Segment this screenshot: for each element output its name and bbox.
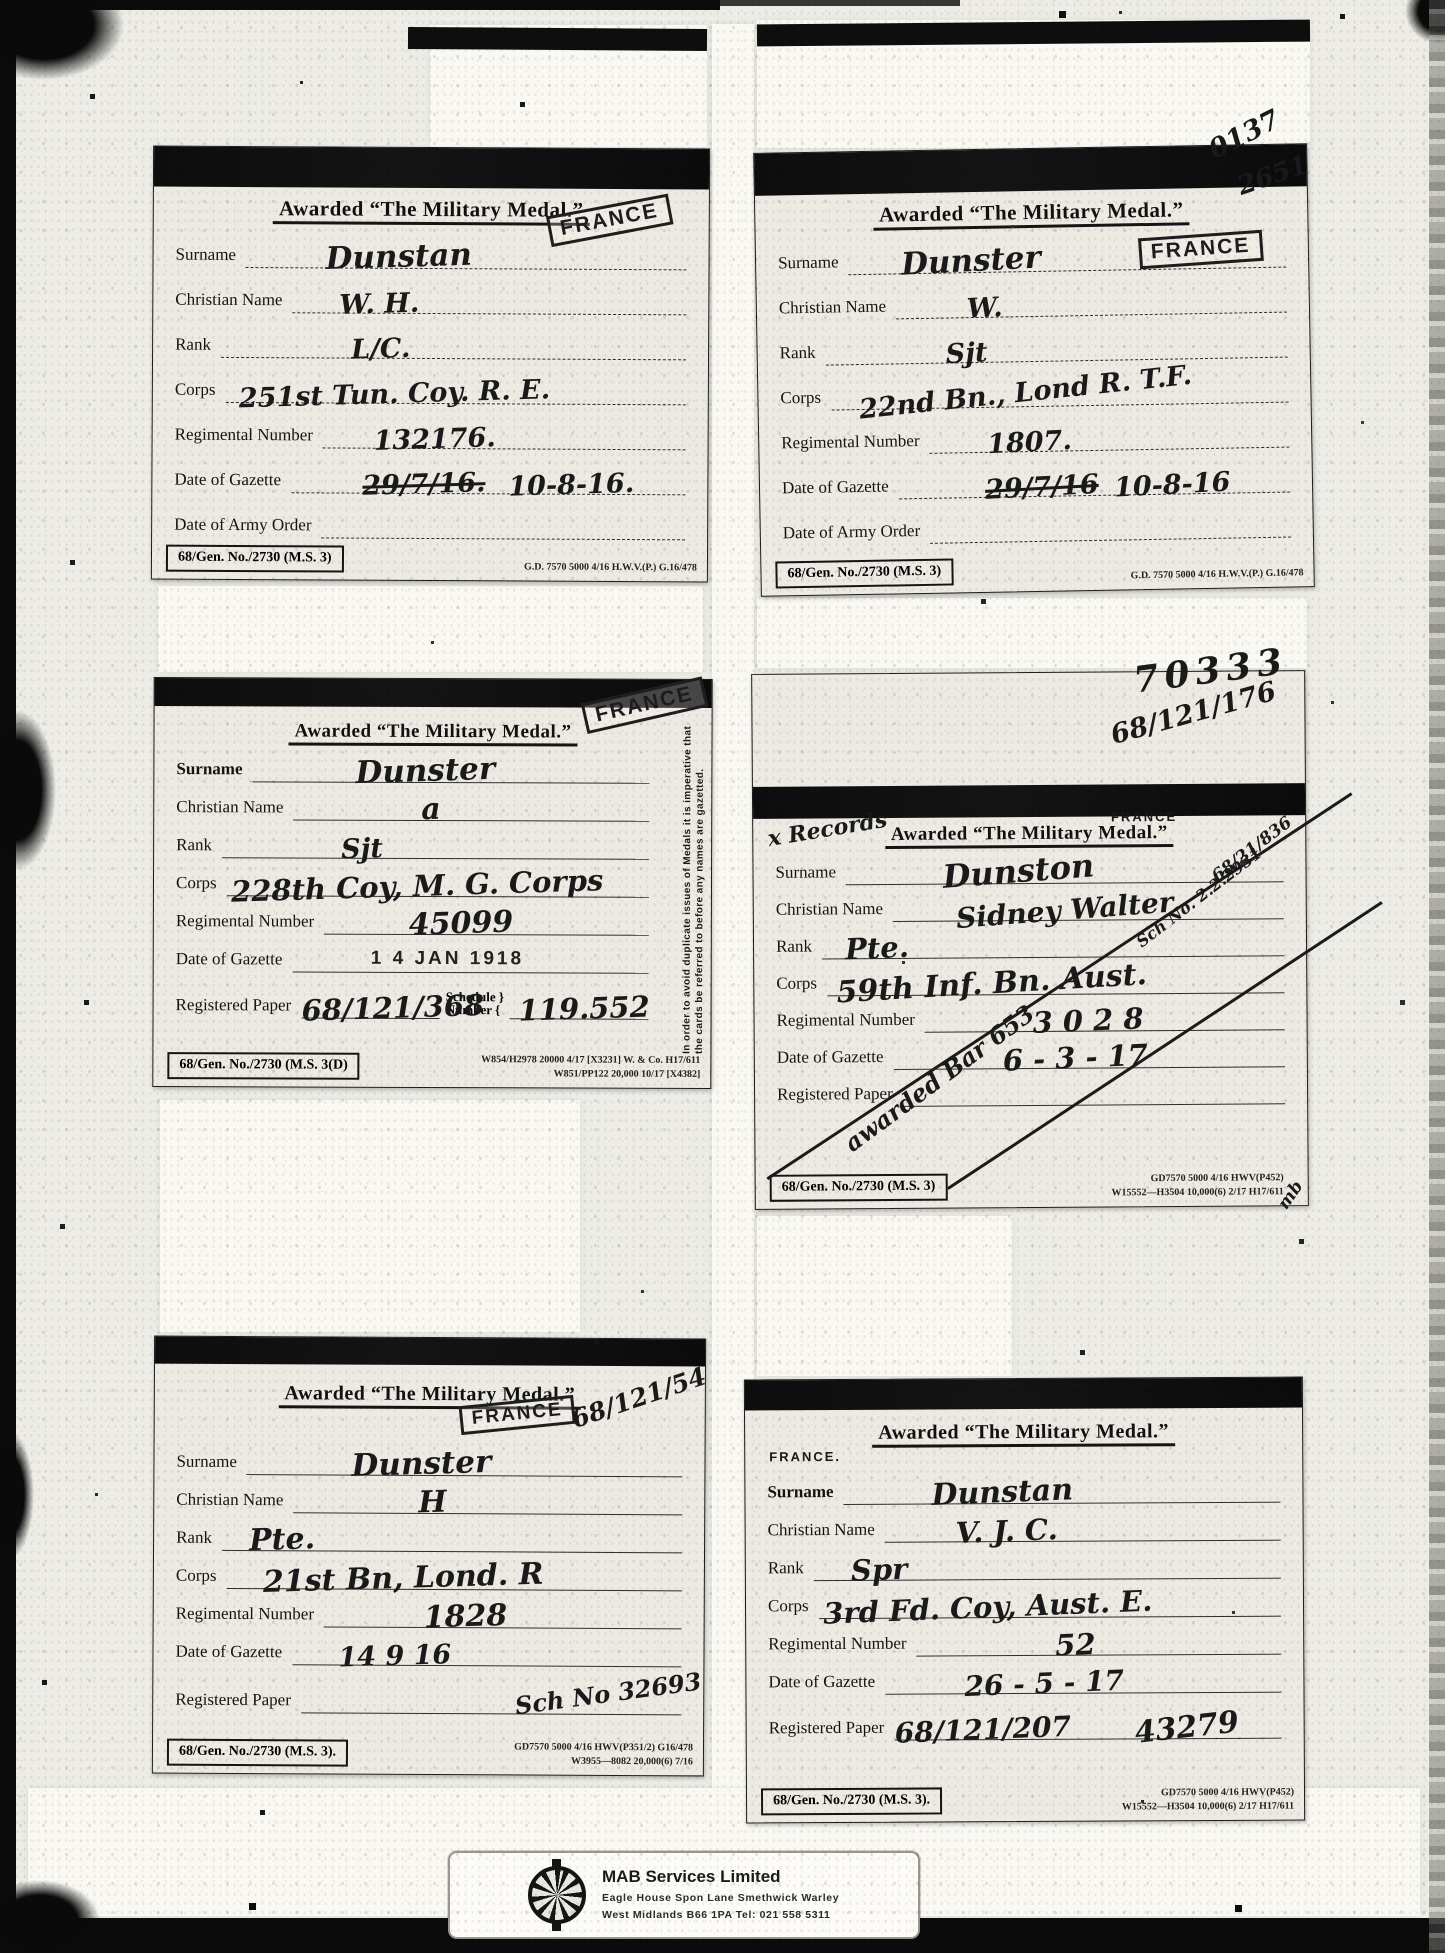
field-registered-paper: Registered Paper 68/121/368 Schedule } N… [158,972,667,1020]
card-title-row: x Records FRANCE Awarded “The Military M… [753,821,1305,847]
field-label: Regimental Number [776,1010,924,1034]
field-rank: Rank Pte. [158,1513,700,1554]
field-date-of-army-order: Date of Army Order [764,492,1309,546]
date-stamp: 1 4 JAN 1918 [371,948,524,971]
field-christian-name: Christian Name V. J. C. [750,1503,1299,1544]
card-form-number: 68/Gen. No./2730 (M.S. 3). [167,1739,348,1767]
scan-blot-left-low [0,1430,34,1560]
duplicate-issue-warning-note: In order to avoid duplicate issues of Me… [681,724,707,1054]
schedule-number-value: 119.552 [518,989,650,1027]
card-footer: 68/Gen. No./2730 (M.S. 3). GD7570 5000 4… [167,1739,693,1769]
card-print-code: GD7570 5000 4/16 HWV(P452) W15552—H3504 … [1122,1786,1294,1814]
card-top-bar [154,147,709,190]
field-value: 68/121/207 [894,1710,1071,1750]
field-corps: Corps 21st Bn, Lond. R [158,1551,700,1592]
handwritten-number: 43279 [1133,1705,1241,1751]
field-label: Regimental Number [768,1634,916,1658]
field-label: Date of Gazette [768,1672,885,1696]
handwritten-schedule-number: Sch No 32693 [513,1667,703,1721]
field-label: Christian Name [176,797,293,820]
field-label: Surname [176,245,247,268]
field-surname: Surname Dunstan [749,1465,1298,1506]
medal-card-dunstan-wh: Awarded “The Military Medal.” FRANCE Sur… [151,146,710,583]
field-christian-name: Christian Name a [158,782,667,822]
france-stamp: FRANCE [1111,809,1177,824]
field-label: Rank [776,936,822,959]
mab-label-text: MAB Services Limited Eagle House Spon La… [602,1867,839,1923]
mounting-strip-row2-right [757,1216,1012,1376]
field-value: 68/121/368 [301,988,485,1028]
medal-card-dunster-w: 0137 2651 Awarded “The Military Medal.” … [753,143,1315,597]
mab-company-name: MAB Services Limited [602,1867,839,1887]
card-form-number: 68/Gen. No./2730 (M.S. 3) [166,545,344,573]
field-label: Rank [176,1528,222,1551]
field-label: Regimental Number [176,911,324,935]
card-footer: 68/Gen. No./2730 (M.S. 3) GD7570 5000 4/… [770,1171,1284,1202]
field-label: Christian Name [776,899,893,923]
card-title: Awarded “The Military Medal.” [745,1420,1302,1446]
field-label: Surname [778,252,849,276]
field-label: Regimental Number [175,425,323,449]
field-regimental-number: Regimental Number 45099 [158,896,667,936]
field-label: Corps [176,873,227,896]
card-form-number: 68/Gen. No./2730 (M.S. 3(D) [167,1052,359,1080]
card-footer: 68/Gen. No./2730 (M.S. 3) G.D. 7570 5000… [166,545,697,575]
card-form-number: 68/Gen. No./2730 (M.S. 3) [770,1174,948,1202]
field-label: Christian Name [779,296,897,321]
scan-blot-left-mid [0,710,56,870]
field-label: Date of Gazette [175,1642,292,1666]
field-label: Date of Gazette [777,1047,894,1071]
card-print-code: W854/H2978 20000 4/17 [X3231] W. & Co. H… [481,1053,700,1081]
mounting-strip-row1-left [158,586,703,672]
field-date-of-gazette: Date of Gazette 14 9 16 [157,1627,699,1668]
field-christian-name: Christian Name W. H. [157,268,704,316]
scan-edge-right [1429,0,1445,1953]
field-date-of-gazette: Date of Gazette 26 - 5 - 17 [750,1655,1299,1696]
card-top-bar [745,1378,1302,1411]
field-registered-paper: Registered Paper [759,1067,1303,1108]
field-rank: Rank Pte. [758,919,1302,960]
field-date-of-army-order: Date of Army Order [156,493,703,541]
field-label: Christian Name [176,1490,293,1514]
field-rank: Rank Spr [750,1541,1299,1582]
field-label: Surname [775,862,846,885]
field-rank: Rank L/C. [157,313,704,361]
field-rank: Rank Sjt [158,820,667,860]
field-label: Registered Paper [175,1690,301,1714]
field-label: Surname [176,1452,247,1475]
field-label: Surname [176,759,252,782]
field-label: Corps [776,973,827,996]
scanned-medal-card-page: Awarded “The Military Medal.” FRANCE Sur… [0,0,1445,1953]
field-corps: Corps 59th Inf. Bn. Aust. [758,956,1302,997]
card-top-margin: 70333 68/121/176 [752,671,1305,787]
card-footer: 68/Gen. No./2730 (M.S. 3) G.D. 7570 5000… [775,552,1303,588]
medal-card-dunston-sw: 70333 68/121/176 x Records FRANCE Awarde… [751,670,1309,1210]
card-form-number: 68/Gen. No./2730 (M.S. 3). [761,1787,942,1815]
field-label: Corps [176,1566,227,1589]
field-label: Corps [780,388,831,412]
field-label: Rank [176,835,222,858]
field-label: Date of Army Order [174,515,321,539]
field-label: Rank [175,335,221,358]
field-christian-name: Christian Name H [158,1475,700,1516]
field-regimental-number: Regimental Number 132176. [157,403,704,451]
field-label: Registered Paper [176,995,302,1018]
field-label: Date of Gazette [176,949,293,972]
field-label: Christian Name [175,290,292,314]
mab-logo-icon [528,1866,586,1924]
card-footer: 68/Gen. No./2730 (M.S. 3(D) W854/H2978 2… [167,1052,700,1081]
field-registered-paper: Registered Paper Sch No 32693 [157,1665,699,1716]
field-regimental-number: Regimental Number 1828 [158,1589,700,1630]
mab-services-label: MAB Services Limited Eagle House Spon La… [448,1851,920,1939]
card-print-code: GD7570 5000 4/16 HWV(P351/2) G16/478 W39… [514,1740,693,1768]
field-corps: Corps 251st Tun. Coy. R. E. [157,358,704,406]
cutoff-card-bar-left [408,27,707,51]
mab-address-line2: West Midlands B66 1PA Tel: 021 558 5311 [602,1907,839,1923]
field-date-of-gazette: Date of Gazette 29/7/16. 10-8-16. [156,448,703,496]
field-surname: Surname Dunster [158,744,667,784]
medal-card-dunstan-vjc: Awarded “The Military Medal.” FRANCE. Su… [744,1377,1305,1824]
card-print-code: G.D. 7570 5000 4/16 H.W.V.(P.) G.16/478 [1131,566,1304,583]
card-print-code: GD7570 5000 4/16 HWV(P452) W15552—H3504 … [1111,1171,1283,1199]
card-top-bar [753,783,1305,819]
field-label: Rank [779,343,825,367]
field-regimental-number: Regimental Number 52 [750,1617,1299,1658]
scan-edge-top-2 [700,0,960,6]
field-label: Corps [175,380,226,403]
field-surname: Surname Dunster [158,1437,700,1478]
card-form-number: 68/Gen. No./2730 (M.S. 3) [775,558,953,588]
field-date-of-gazette: Date of Gazette 1 4 JAN 1918 [158,934,667,974]
field-label: Registered Paper [769,1718,895,1742]
scan-blot-top-left [0,0,124,80]
france-stamp: FRANCE. [769,1449,841,1464]
france-line: FRANCE. [745,1443,1302,1466]
field-registered-paper: Registered Paper 68/121/207 43279 [750,1693,1299,1742]
card-top-bar [155,1337,705,1367]
card-footer: 68/Gen. No./2730 (M.S. 3). GD7570 5000 4… [761,1786,1294,1816]
scan-edge-left [0,0,16,1953]
field-label: Regimental Number [176,1604,324,1628]
medal-card-dunster-a: Awarded “The Military Medal.” FRANCE In … [152,677,712,1089]
field-label: Surname [767,1482,843,1505]
mab-address-line1: Eagle House Spon Lane Smethwick Warley [602,1890,839,1906]
mounting-strip-row2-left [160,1100,580,1332]
field-label: Rank [768,1558,814,1581]
field-corps: Corps 3rd Fd. Coy, Aust. E. [750,1579,1299,1620]
field-label: Date of Gazette [174,470,291,494]
field-corps: Corps 228th Coy, M. G. Corps [158,858,667,898]
field-date-of-gazette: Date of Gazette 6 - 3 - 17 [759,1030,1303,1071]
field-label: Date of Army Order [783,521,931,547]
field-label: Christian Name [768,1520,885,1544]
field-label: Date of Gazette [782,476,899,501]
card-print-code: G.D. 7570 5000 4/16 H.W.V.(P.) G.16/478 [524,560,697,574]
ink-specks [0,0,1,1]
field-label: Corps [768,1596,819,1619]
medal-card-dunster-h: Awarded “The Military Medal.” FRANCE 68/… [152,1336,706,1777]
